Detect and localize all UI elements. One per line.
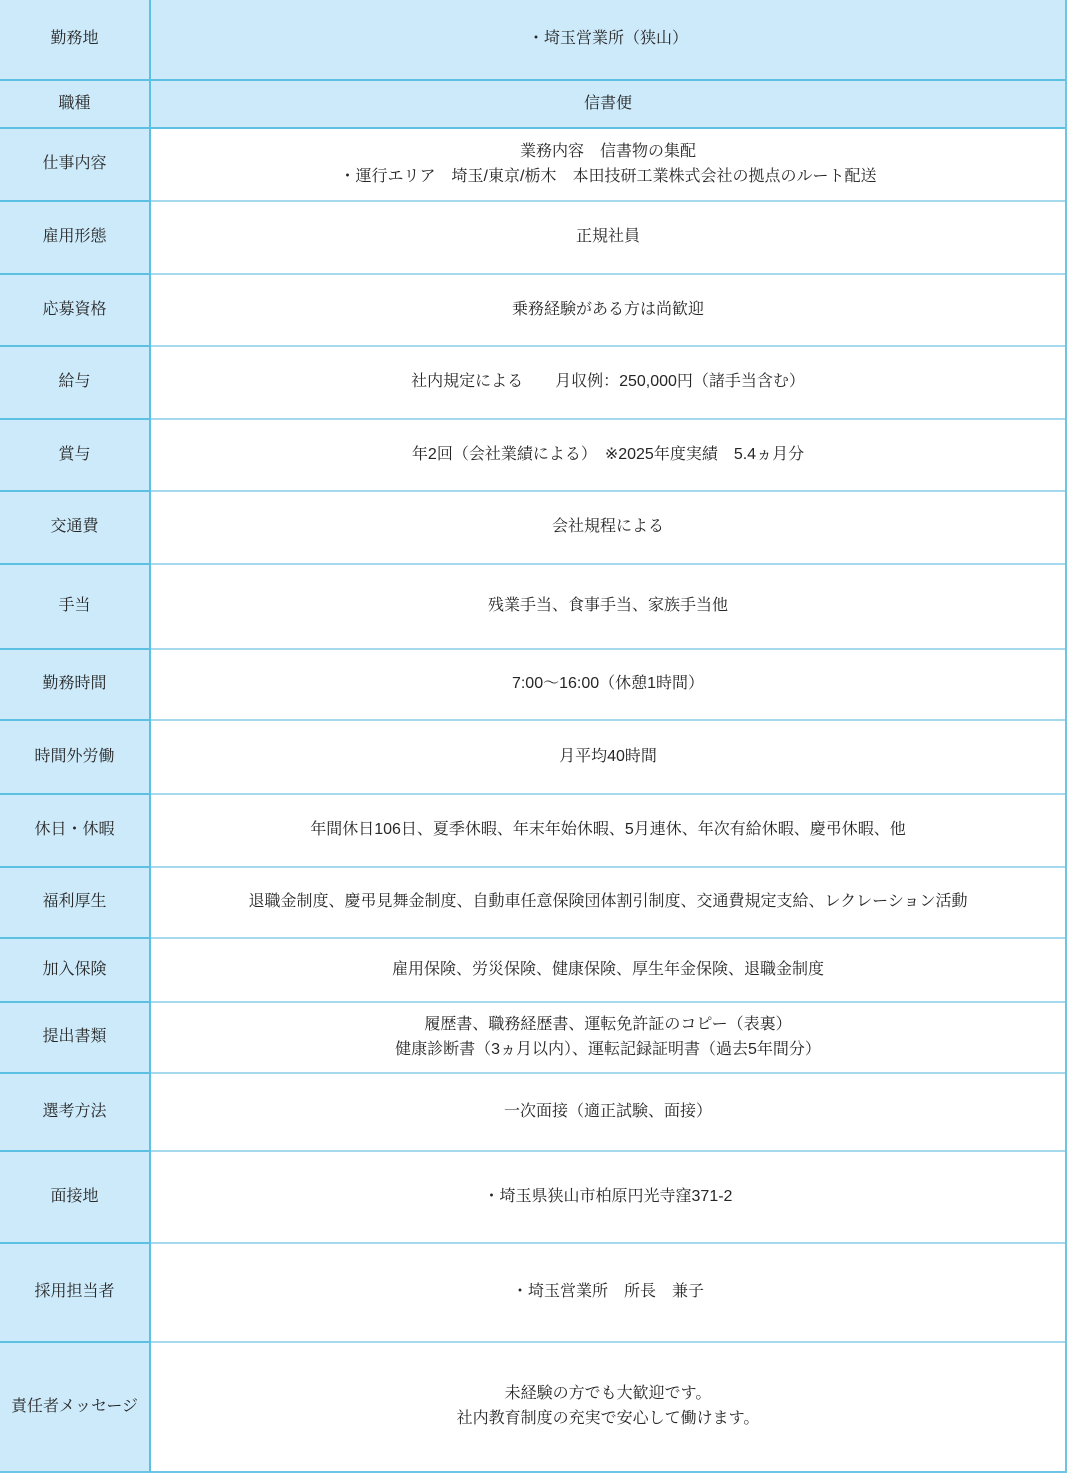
row-value-holidays: 年間休日106日、夏季休暇、年末年始休暇、5月連休、年次有給休暇、慶弔休暇、他 bbox=[151, 795, 1065, 868]
row-benefits: 福利厚生 退職金制度、慶弔見舞金制度、自動車任意保険団体割引制度、交通費規定支給… bbox=[0, 868, 1065, 939]
row-documents: 提出書類 履歴書、職務経歴書、運転免許証のコピー（表裏） 健康診断書（3ヵ月以内… bbox=[0, 1003, 1065, 1074]
row-insurance: 加入保険 雇用保険、労災保険、健康保険、厚生年金保険、退職金制度 bbox=[0, 939, 1065, 1003]
row-value-interview-location: ・埼玉県狭山市柏原円光寺窪371-2 bbox=[151, 1152, 1065, 1244]
row-selection-process: 選考方法 一次面接（適正試験、面接） bbox=[0, 1074, 1065, 1152]
row-value-job-description: 業務内容 信書物の集配 ・運行エリア 埼玉/東京/栃木 本田技研工業株式会社の拠… bbox=[151, 129, 1065, 202]
row-value-salary: 社内規定による 月収例：250,000円（諸手当含む） bbox=[151, 347, 1065, 420]
row-transportation: 交通費 会社規程による bbox=[0, 492, 1065, 565]
row-label-selection-process: 選考方法 bbox=[0, 1074, 151, 1152]
row-qualifications: 応募資格 乗務経験がある方は尚歓迎 bbox=[0, 275, 1065, 347]
row-value-allowances: 残業手当、食事手当、家族手当他 bbox=[151, 565, 1065, 650]
row-value-benefits: 退職金制度、慶弔見舞金制度、自動車任意保険団体割引制度、交通費規定支給、レクレー… bbox=[151, 868, 1065, 939]
row-label-job-type: 職種 bbox=[0, 81, 151, 129]
row-label-overtime: 時間外労働 bbox=[0, 721, 151, 795]
row-label-employment-type: 雇用形態 bbox=[0, 202, 151, 275]
row-recruiter: 採用担当者 ・埼玉営業所 所長 兼子 bbox=[0, 1244, 1065, 1343]
row-label-benefits: 福利厚生 bbox=[0, 868, 151, 939]
row-value-working-hours: 7:00～16:00（休憩1時間） bbox=[151, 650, 1065, 721]
row-label-salary: 給与 bbox=[0, 347, 151, 420]
row-value-recruiter: ・埼玉営業所 所長 兼子 bbox=[151, 1244, 1065, 1343]
row-label-transportation: 交通費 bbox=[0, 492, 151, 565]
row-job-type: 職種 信書便 bbox=[0, 81, 1065, 129]
row-label-bonus: 賞与 bbox=[0, 420, 151, 492]
row-value-employment-type: 正規社員 bbox=[151, 202, 1065, 275]
row-value-selection-process: 一次面接（適正試験、面接） bbox=[151, 1074, 1065, 1152]
row-value-job-type: 信書便 bbox=[151, 81, 1065, 129]
row-employment-type: 雇用形態 正規社員 bbox=[0, 202, 1065, 275]
row-salary: 給与 社内規定による 月収例：250,000円（諸手当含む） bbox=[0, 347, 1065, 420]
row-value-overtime: 月平均40時間 bbox=[151, 721, 1065, 795]
row-value-documents: 履歴書、職務経歴書、運転免許証のコピー（表裏） 健康診断書（3ヵ月以内）、運転記… bbox=[151, 1003, 1065, 1074]
row-label-manager-message: 責任者メッセージ bbox=[0, 1343, 151, 1473]
row-label-recruiter: 採用担当者 bbox=[0, 1244, 151, 1343]
row-label-documents: 提出書類 bbox=[0, 1003, 151, 1074]
row-bonus: 賞与 年2回（会社業績による） ※2025年度実績 5.4ヵ月分 bbox=[0, 420, 1065, 492]
row-working-hours: 勤務時間 7:00～16:00（休憩1時間） bbox=[0, 650, 1065, 721]
row-value-transportation: 会社規程による bbox=[151, 492, 1065, 565]
row-holidays: 休日・休暇 年間休日106日、夏季休暇、年末年始休暇、5月連休、年次有給休暇、慶… bbox=[0, 795, 1065, 868]
row-manager-message: 責任者メッセージ 未経験の方でも大歓迎です。 社内教育制度の充実で安心して働けま… bbox=[0, 1343, 1065, 1473]
row-value-workplace: ・埼玉営業所（狭山） bbox=[151, 0, 1065, 81]
row-value-insurance: 雇用保険、労災保険、健康保険、厚生年金保険、退職金制度 bbox=[151, 939, 1065, 1003]
row-interview-location: 面接地 ・埼玉県狭山市柏原円光寺窪371-2 bbox=[0, 1152, 1065, 1244]
row-label-workplace: 勤務地 bbox=[0, 0, 151, 81]
row-label-holidays: 休日・休暇 bbox=[0, 795, 151, 868]
row-allowances: 手当 残業手当、食事手当、家族手当他 bbox=[0, 565, 1065, 650]
row-label-interview-location: 面接地 bbox=[0, 1152, 151, 1244]
row-value-bonus: 年2回（会社業績による） ※2025年度実績 5.4ヵ月分 bbox=[151, 420, 1065, 492]
row-label-insurance: 加入保険 bbox=[0, 939, 151, 1003]
row-label-allowances: 手当 bbox=[0, 565, 151, 650]
job-posting-table: 勤務地 ・埼玉営業所（狭山） 職種 信書便 仕事内容 業務内容 信書物の集配 ・… bbox=[0, 0, 1067, 1473]
row-label-qualifications: 応募資格 bbox=[0, 275, 151, 347]
row-label-working-hours: 勤務時間 bbox=[0, 650, 151, 721]
row-label-job-description: 仕事内容 bbox=[0, 129, 151, 202]
row-job-description: 仕事内容 業務内容 信書物の集配 ・運行エリア 埼玉/東京/栃木 本田技研工業株… bbox=[0, 129, 1065, 202]
row-workplace: 勤務地 ・埼玉営業所（狭山） bbox=[0, 0, 1065, 81]
row-value-qualifications: 乗務経験がある方は尚歓迎 bbox=[151, 275, 1065, 347]
row-value-manager-message: 未経験の方でも大歓迎です。 社内教育制度の充実で安心して働けます。 bbox=[151, 1343, 1065, 1473]
row-overtime: 時間外労働 月平均40時間 bbox=[0, 721, 1065, 795]
